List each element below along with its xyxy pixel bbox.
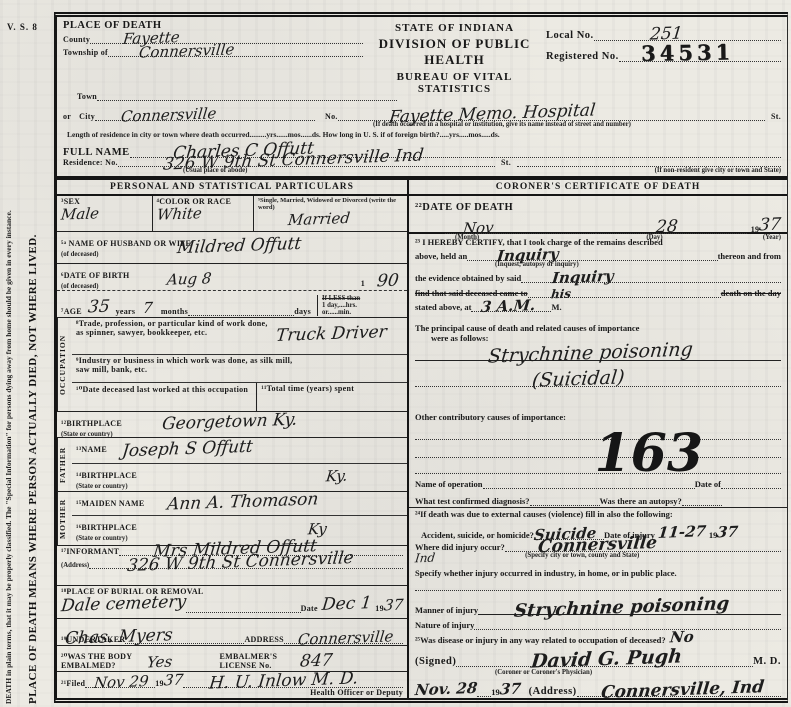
autopsy-line: [682, 502, 722, 506]
certificate-body: PLACE OF DEATH County Fayette Township o…: [54, 12, 788, 703]
industry-field: ⁹Industry or business in which work was …: [72, 354, 407, 382]
age-years-label: years: [116, 307, 136, 316]
length-of-residence-line: Length of residence in city or town wher…: [57, 128, 787, 139]
sign-date-value: Nov. 28: [414, 681, 478, 698]
sex-value: Male: [60, 206, 100, 222]
injury-year-value: 37: [717, 525, 739, 541]
dob-value: Aug 8: [166, 271, 212, 288]
coroner-note: (Coroner or Coroner's Physician): [489, 668, 787, 678]
principal-cause-qualifier: (Suicidal): [531, 368, 625, 390]
town-label: Town: [77, 92, 97, 101]
certify-line5a: stated above, at: [415, 302, 471, 312]
age-field: ⁷AGE 35 years 7 months days If LESS than…: [57, 291, 407, 318]
dob-year-value: 90: [376, 273, 399, 291]
local-no-label: Local No.: [546, 30, 594, 41]
place-of-death-block: PLACE OF DEATH County Fayette Township o…: [63, 20, 363, 87]
where-extra-value: Ind: [414, 552, 435, 565]
operation-row: Name of operation Date of: [409, 472, 787, 490]
city-value: Connersville: [121, 106, 218, 124]
certify-line3: the evidence obtained by said: [415, 273, 521, 283]
occupation-side-label: OCCUPATION: [57, 318, 72, 411]
city-row: or City Connersville No. Fayette Memo. H…: [57, 101, 787, 120]
burial-field: ¹⁸PLACE OF BURIAL OR REMOVAL Dale cemete…: [57, 586, 407, 619]
maiden-value: Ann A. Thomason: [166, 491, 319, 513]
town-row: Town: [57, 87, 787, 101]
spouse-label: ⁵ᵃ NAME OF HUSBAND OR WIFE: [61, 239, 191, 248]
dob-sublabel: (of deceased): [61, 283, 403, 290]
birthplace-value: Georgetown Ky.: [161, 412, 298, 434]
related-label: ²⁵Was disease or injury in any way relat…: [415, 635, 666, 645]
dod-label: ²²DATE OF DEATH: [415, 202, 513, 213]
birthplace-label: ¹²BIRTHPLACE: [61, 419, 122, 428]
address-line: Connersville, Ind: [577, 693, 781, 697]
last-worked-row: ¹⁰Date deceased last worked at this occu…: [72, 382, 407, 411]
burial-value: Dale cemetery: [60, 594, 187, 615]
township-line: Connersville: [108, 53, 363, 57]
trade-value: Truck Driver: [276, 324, 388, 345]
manner-label: Manner of injury: [415, 605, 478, 615]
filed-date-value: Nov 29: [93, 674, 149, 691]
personal-particulars-column: PERSONAL AND STATISTICAL PARTICULARS ³SE…: [57, 180, 409, 698]
certify-line4b: death on the day: [721, 288, 781, 298]
margin-instruction-inner: PLACE OF DEATH MEANS WHERE PERSON ACTUAL…: [27, 16, 47, 704]
father-name-value: Joseph S Offutt: [121, 439, 253, 461]
license-value: 847: [299, 652, 333, 670]
sign-year-value: 37: [499, 682, 521, 698]
where-value: Connersville: [537, 535, 658, 556]
father-group: FATHER ¹³NAME Joseph S Offutt ¹⁴BIRTHPLA…: [57, 438, 407, 492]
full-name-label: FULL NAME: [63, 147, 130, 158]
signed-line: David G. Pugh: [456, 663, 753, 667]
occupation-group: OCCUPATION ⁸Trade, profession, or partic…: [57, 318, 407, 412]
embalmed-label: ²⁰WAS THE BODY EMBALMED?: [61, 651, 147, 670]
certify-line1: ²³ I HEREBY CERTIFY, that I took charge …: [415, 237, 781, 247]
license-label: EMBALMER'S LICENSE No.: [220, 652, 300, 670]
no-label: No.: [325, 112, 338, 121]
related-value: No: [669, 630, 694, 646]
trade-field: ⁸Trade, profession, or particular kind o…: [72, 318, 407, 354]
nonresident-note: (If non-resident give city or town and S…: [655, 167, 781, 174]
embalmed-value: Yes: [146, 655, 173, 671]
operation-label: Name of operation: [415, 479, 483, 489]
principal-cause-block: The principal cause of death and related…: [409, 322, 787, 408]
time-value: 3 A.M.: [480, 298, 536, 315]
father-name-label: ¹³NAME: [76, 445, 107, 454]
mother-bp-label: ¹⁶BIRTHPLACE: [76, 523, 137, 532]
sign-date-address-row: Nov. 28 19 37 (Address) Connersville, In…: [409, 678, 787, 698]
trade-label: ⁸Trade, profession, or particular kind o…: [76, 319, 272, 337]
marital-field: ⁵Single, Married, Widowed or Divorced (w…: [253, 196, 407, 231]
age-months-label: months: [161, 307, 188, 316]
mother-side-label: MOTHER: [57, 492, 72, 545]
certify-line2b: thereon and from: [718, 251, 781, 261]
or-label: or: [63, 112, 71, 121]
industry-label: ⁹Industry or business in which work was …: [76, 356, 305, 374]
external-causes-label: ²⁴If death was due to external causes (v…: [409, 508, 787, 522]
city-label: City: [79, 112, 95, 121]
age-months-value: 7: [143, 301, 154, 316]
filed-field: ²¹Filed Nov 29 19 37 H. U. Inlow M. D. H…: [57, 672, 407, 698]
left-section-title: PERSONAL AND STATISTICAL PARTICULARS: [57, 180, 407, 196]
registered-no-line: 34531: [619, 58, 781, 62]
age-years-value: 35: [87, 299, 110, 317]
inquest-value: Inquiry: [496, 247, 559, 264]
informant-addr-label: (Address): [61, 562, 89, 569]
contributory-label: Other contributory causes of importance:: [415, 412, 781, 422]
dob-year-printed: 1: [361, 279, 365, 288]
township-label: Township of: [63, 48, 108, 57]
sex-race-marital-row: ³SEX Male ⁴COLOR OR RACE White ⁵Single, …: [57, 196, 407, 232]
dob-field: ⁶DATE OF BIRTH (of deceased) Aug 8 1 90: [57, 264, 407, 291]
maiden-label: ¹⁵MAIDEN NAME: [76, 499, 144, 508]
registered-no-stamp: 34531: [641, 39, 734, 66]
undertaker-addr-line: Connersville: [284, 640, 403, 644]
injury-date-value: 11-27: [657, 524, 707, 541]
cause-line-2: (Suicidal): [415, 383, 781, 387]
mother-group: MOTHER ¹⁵MAIDEN NAME Ann A. Thomason ¹⁶B…: [57, 492, 407, 546]
age-less-line3: or......min.: [322, 309, 403, 316]
division-name: DIVISION OF PUBLIC HEALTH: [363, 36, 546, 68]
age-days-label: days: [294, 307, 311, 316]
informant-label: ¹⁷INFORMANT: [61, 547, 119, 556]
residence-line: 326 W 9th St Connersville Ind: [118, 163, 495, 167]
address-value: Connersville, Ind: [600, 679, 765, 702]
informant-addr-value: 326 W 9th St Connersville: [126, 550, 354, 575]
registered-no-label: Registered No.: [546, 51, 619, 62]
operation-date-label: Date of: [695, 479, 721, 489]
specify-injury-label: Specify whether injury occurred in indus…: [409, 567, 787, 582]
specify-line: [415, 587, 781, 591]
numbers-block: Local No. 251 Registered No. 34531: [546, 20, 781, 87]
evidence-line: Inquiry: [521, 279, 781, 283]
contrib-line-2: 163: [415, 454, 781, 458]
signed-label: (Signed): [415, 656, 456, 667]
father-bp-value: Ky.: [325, 469, 348, 485]
filed-date-line: Nov 29: [85, 684, 155, 688]
father-bp-sublabel: (State or country): [76, 483, 403, 490]
signed-md-label: M. D.: [753, 656, 781, 667]
margin-instruction-outer: DEATH in plain terms, that it may be pro…: [3, 16, 27, 704]
undertaker-line: Chas. Myers: [125, 640, 244, 644]
burial-date-label: Date: [301, 604, 318, 613]
diagnosis-row: What test confirmed diagnosis? Was there…: [409, 490, 787, 508]
maiden-name-field: ¹⁵MAIDEN NAME Ann A. Thomason: [72, 492, 407, 515]
town-line: [97, 97, 397, 101]
manner-line: Strychnine poisoning: [478, 611, 781, 615]
filed-label: ²¹Filed: [61, 679, 85, 688]
nature-line: [474, 626, 781, 630]
spouse-value: Mildred Offutt: [176, 236, 302, 257]
signed-row: (Signed) David G. Pugh M. D.: [409, 646, 787, 668]
race-field: ⁴COLOR OR RACE White: [152, 196, 254, 231]
last-worked-field: ¹⁰Date deceased last worked at this occu…: [72, 383, 256, 411]
age-less-line1: If LESS than: [322, 295, 403, 302]
institution-line: Fayette Memo. Hospital: [338, 117, 765, 121]
race-value: White: [156, 206, 202, 223]
father-birthplace-field: ¹⁴BIRTHPLACE (State or country) Ky.: [72, 463, 407, 491]
state-name: STATE OF INDIANA: [363, 22, 546, 34]
nature-label: Nature of injury: [415, 620, 474, 630]
ash-label: Accident, suicide, or homicide?: [421, 530, 534, 540]
father-side-label: FATHER: [57, 438, 72, 491]
address-label: (Address): [529, 686, 577, 697]
township-value: Connersville: [138, 42, 235, 60]
operation-line: [483, 485, 695, 489]
certify-line5b: M.: [551, 302, 561, 312]
where-line: Connersville: [505, 548, 781, 552]
autopsy-label: Was there an autopsy?: [600, 496, 682, 506]
specify-blank-row: [409, 582, 787, 592]
where-injury-row: Where did injury occur? Connersville Ind…: [409, 541, 787, 567]
agency-block: STATE OF INDIANA DIVISION OF PUBLIC HEAL…: [363, 20, 546, 87]
father-bp-label: ¹⁴BIRTHPLACE: [76, 471, 137, 480]
test-label: What test confirmed diagnosis?: [415, 496, 530, 506]
related-occupation-row: ²⁵Was disease or injury in any way relat…: [409, 631, 787, 646]
principal-cause-value: Strychnine poisoning: [487, 340, 694, 366]
place-of-death-title: PLACE OF DEATH: [63, 20, 363, 31]
father-name-field: ¹³NAME Joseph S Offutt: [72, 438, 407, 463]
informant-addr-line: 326 W 9th St Connersville: [89, 565, 403, 569]
informant-field: ¹⁷INFORMANT Mrs Mildred Offutt (Address)…: [57, 546, 407, 586]
filed-year-value: 37: [163, 673, 184, 689]
residence-label: Residence: No.: [63, 158, 118, 167]
county-label: County: [63, 35, 90, 44]
death-certificate-scan: V. S. 8 DEATH in plain terms, that it ma…: [0, 0, 791, 707]
cause-line-1: Strychnine poisoning: [415, 357, 781, 361]
filed-signature-line: H. U. Inlow M. D.: [183, 684, 403, 688]
inquest-line: Inquiry: [467, 257, 717, 261]
undertaker-value: Chas. Myers: [65, 627, 174, 648]
st-label: St.: [771, 112, 781, 121]
contributory-block: Other contributory causes of importance:…: [409, 408, 787, 472]
nature-of-injury-row: Nature of injury: [409, 616, 787, 631]
right-section-title: CORONER'S CERTIFICATE OF DEATH: [409, 180, 787, 196]
dod-year-value: 37: [758, 217, 781, 235]
principal-label1: The principal cause of death and related…: [415, 323, 781, 333]
age-label: ⁷AGE: [61, 307, 82, 316]
date-of-death-field: ²²DATE OF DEATH Nov 28 19 37 (Month) (Da…: [409, 196, 787, 234]
dob-label: ⁶DATE OF BIRTH: [61, 271, 130, 280]
last-worked-label: ¹⁰Date deceased last worked at this occu…: [76, 384, 252, 394]
certify-block: ²³ I HEREBY CERTIFY, that I took charge …: [409, 234, 787, 322]
sex-field: ³SEX Male: [57, 196, 152, 231]
age-less-line2: 1 day,....hrs.: [322, 302, 403, 309]
time-line: 3 A.M.: [471, 308, 551, 312]
certify-line2a: above, held an: [415, 251, 467, 261]
st-label-2: St.: [501, 158, 511, 167]
undertaker-addr-value: Connersville: [297, 629, 394, 647]
burial-date-value: Dec 1: [321, 595, 372, 614]
birthplace-field: ¹²BIRTHPLACE (State or country) Georgeto…: [57, 412, 407, 438]
residence-row: Residence: No. 326 W 9th St Connersville…: [57, 158, 787, 167]
marital-value: Married: [287, 211, 350, 228]
came-value: his: [550, 288, 571, 301]
total-time-label: ¹¹Total time (years) spent: [261, 384, 403, 393]
manner-of-injury-row: Manner of injury Strychnine poisoning: [409, 592, 787, 616]
undertaker-addr-label: ADDRESS: [244, 635, 283, 644]
spouse-field: ⁵ᵃ NAME OF HUSBAND OR WIFE (of deceased)…: [57, 232, 407, 264]
header: PLACE OF DEATH County Fayette Township o…: [57, 17, 787, 87]
operation-date-line: [721, 485, 781, 489]
mother-bp-value: Ky: [307, 522, 327, 538]
city-line: Connersville: [95, 117, 315, 121]
undertaker-field: ¹⁹UNDERTAKER Chas. Myers ADDRESS Conners…: [57, 619, 407, 646]
test-line: [530, 502, 600, 506]
came-line: his: [528, 294, 721, 298]
age-less-box: If LESS than 1 day,....hrs. or......min.: [317, 295, 403, 316]
burial-year-value: 37: [383, 598, 404, 614]
total-time-field: ¹¹Total time (years) spent: [256, 383, 407, 411]
coroner-certificate-column: CORONER'S CERTIFICATE OF DEATH ²²DATE OF…: [409, 180, 787, 698]
evidence-value: Inquiry: [552, 269, 615, 286]
